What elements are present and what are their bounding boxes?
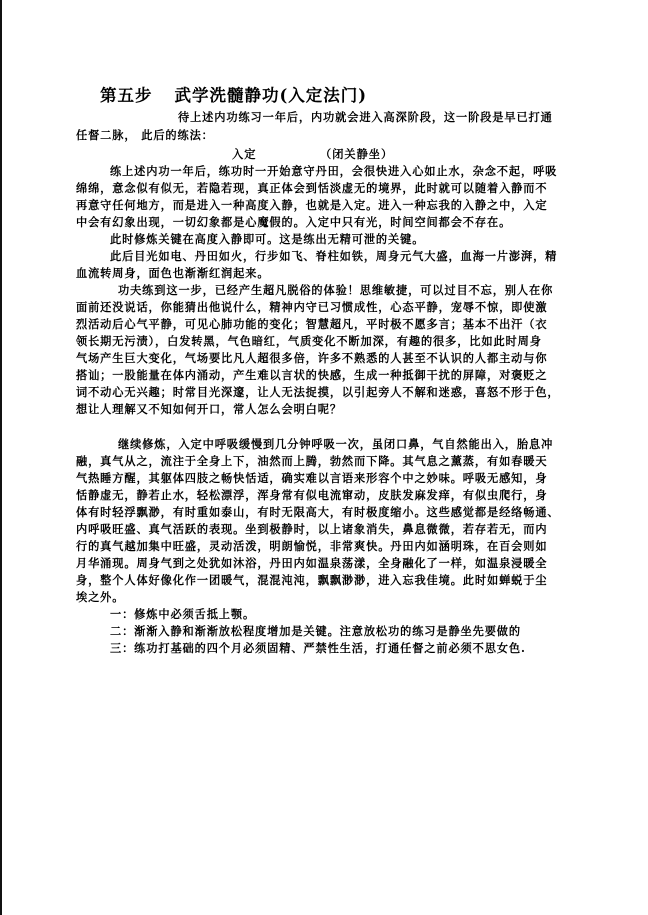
p1-line-1: 练上述内功一年后，练功时一开始意守丹田，会很快进入心如止水，杂念不起，呼吸 bbox=[110, 163, 592, 179]
subheading-entering-stillness: 入定 bbox=[232, 146, 256, 162]
p5-line-5: 体有时轻浮飘渺，有时重如泰山，有时无限高大，有时极度缩小。这些感觉都是经络畅通、 bbox=[76, 504, 592, 520]
p4-line-3: 烈活动后心气平静，可见心肺功能的变化；智慧超凡，平时极不愿多言；基本不出汗（衣 bbox=[76, 316, 592, 332]
note-1: 一：修炼中必须舌抵上颚。 bbox=[110, 606, 592, 622]
p5-line-1: 继续修炼，入定中呼吸缓慢到几分钟呼吸一次，虽闭口鼻，气自然能出入，胎息冲 bbox=[118, 436, 592, 452]
intro-line-2: 任督二脉， 此后的练法： bbox=[76, 127, 592, 143]
note-3: 三：练功打基础的四个月必须固精、严禁性生活，打通任督之前必须不思女色. bbox=[110, 640, 592, 656]
p5-line-4: 恬静虚无，静若止水，轻松漂浮，浑身常有似电流窜动，皮肤发麻发痒，有似虫爬行，身 bbox=[76, 487, 592, 503]
section-title: 第五步武学洗髓静功(入定法门) bbox=[100, 82, 367, 106]
p5-line-10: 埃之外。 bbox=[76, 589, 592, 605]
p4-line-5: 气场产生巨大变化，气场要比凡人超很多倍，许多不熟悉的人甚至不认识的人都主动与你 bbox=[76, 350, 592, 366]
intro-line-1: 待上述内功练习一年后，内功就会进入高深阶段，这一阶段是早已打通 bbox=[178, 109, 592, 125]
note-2: 二：渐渐入静和渐渐放松程度增加是关键。注意放松功的练习是静坐先要做的 bbox=[110, 623, 592, 639]
p1-line-3: 再意守任何地方，而是进入一种高度入静，也就是入定。进入一种忘我的入静之中，入定 bbox=[76, 197, 592, 213]
p4-line-2: 面前还没说话，你能猜出他说什么，精神内守已习惯成性，心态平静，宠辱不惊，即使激 bbox=[76, 299, 592, 315]
p4-line-6: 搭讪；一股能量在体内涌动，产生难以言状的快感，生成一种抵御干扰的屏障，对褒贬之 bbox=[76, 367, 592, 383]
p2-line-1: 此时修炼关键在高度入静即可。这是练出无精可泄的关键。 bbox=[110, 231, 592, 247]
p5-line-8: 月华涌现。周身气到之处犹如沐浴，丹田内如温泉荡漾，全身融化了一样，如温泉浸暖全 bbox=[76, 555, 592, 571]
p5-line-2: 融，真气从之，流注于全身上下，油然而上腾，勃然而下降。其气息之薰蒸，有如春暖天 bbox=[76, 453, 592, 469]
p5-line-6: 内呼吸旺盛、真气活跃的表现。坐到极静时，以上诸象消失，鼻息微微，若存若无，而内 bbox=[76, 521, 592, 537]
p5-line-3: 气热睡方醒，其躯体四肢之畅快恬适，确实难以言语来形容个中之妙味。呼吸无感知，身 bbox=[76, 470, 592, 486]
title-main: 武学洗髓静功(入定法门) bbox=[175, 86, 368, 105]
p4-line-4: 领长期无污渍），白发转黑，气色暗红，气质变化不断加深，有趣的很多，比如此时周身 bbox=[76, 333, 592, 349]
p3-line-1: 此后目光如电、丹田如火，行步如飞、脊柱如铁，周身元气大盛，血海一片澎湃，精 bbox=[110, 248, 592, 264]
page-left-border bbox=[0, 0, 2, 915]
p4-line-8: 想让人理解又不知如何开口，常人怎么会明白呢？ bbox=[76, 401, 592, 417]
p5-line-7: 行的真气越加集中旺盛，灵动活泼，明朗愉悦，非常爽快。丹田内如涵明珠，在百会则如 bbox=[76, 538, 592, 554]
p1-line-4: 中会有幻象出现，一切幻象都是心魔假的。入定中只有光，时间空间都会不存在。 bbox=[76, 214, 592, 230]
p4-line-1: 功夫练到这一步，已经产生超凡脱俗的体验！思维敏捷，可以过目不忘，别人在你 bbox=[118, 282, 592, 298]
title-step: 第五步 bbox=[100, 86, 153, 105]
p5-line-9: 身，整个人体好像化作一团暖气，混混沌沌，飘飘渺渺，进入忘我佳境。此时如蝉蜕于尘 bbox=[76, 572, 592, 588]
p3-line-2: 血流转周身，面色也渐渐红润起来。 bbox=[76, 265, 592, 281]
subheading-closed-door-sitting: （闭关静坐） bbox=[320, 146, 393, 162]
p1-line-2: 绵绵，意念似有似无，若隐若现，真正体会到恬淡虚无的境界，此时就可以随着入静而不 bbox=[76, 180, 592, 196]
p4-line-7: 词不动心无兴趣；时常目光深邃，让人无法捉摸，以引起旁人不解和迷惑，喜怒不形于色， bbox=[76, 384, 592, 400]
